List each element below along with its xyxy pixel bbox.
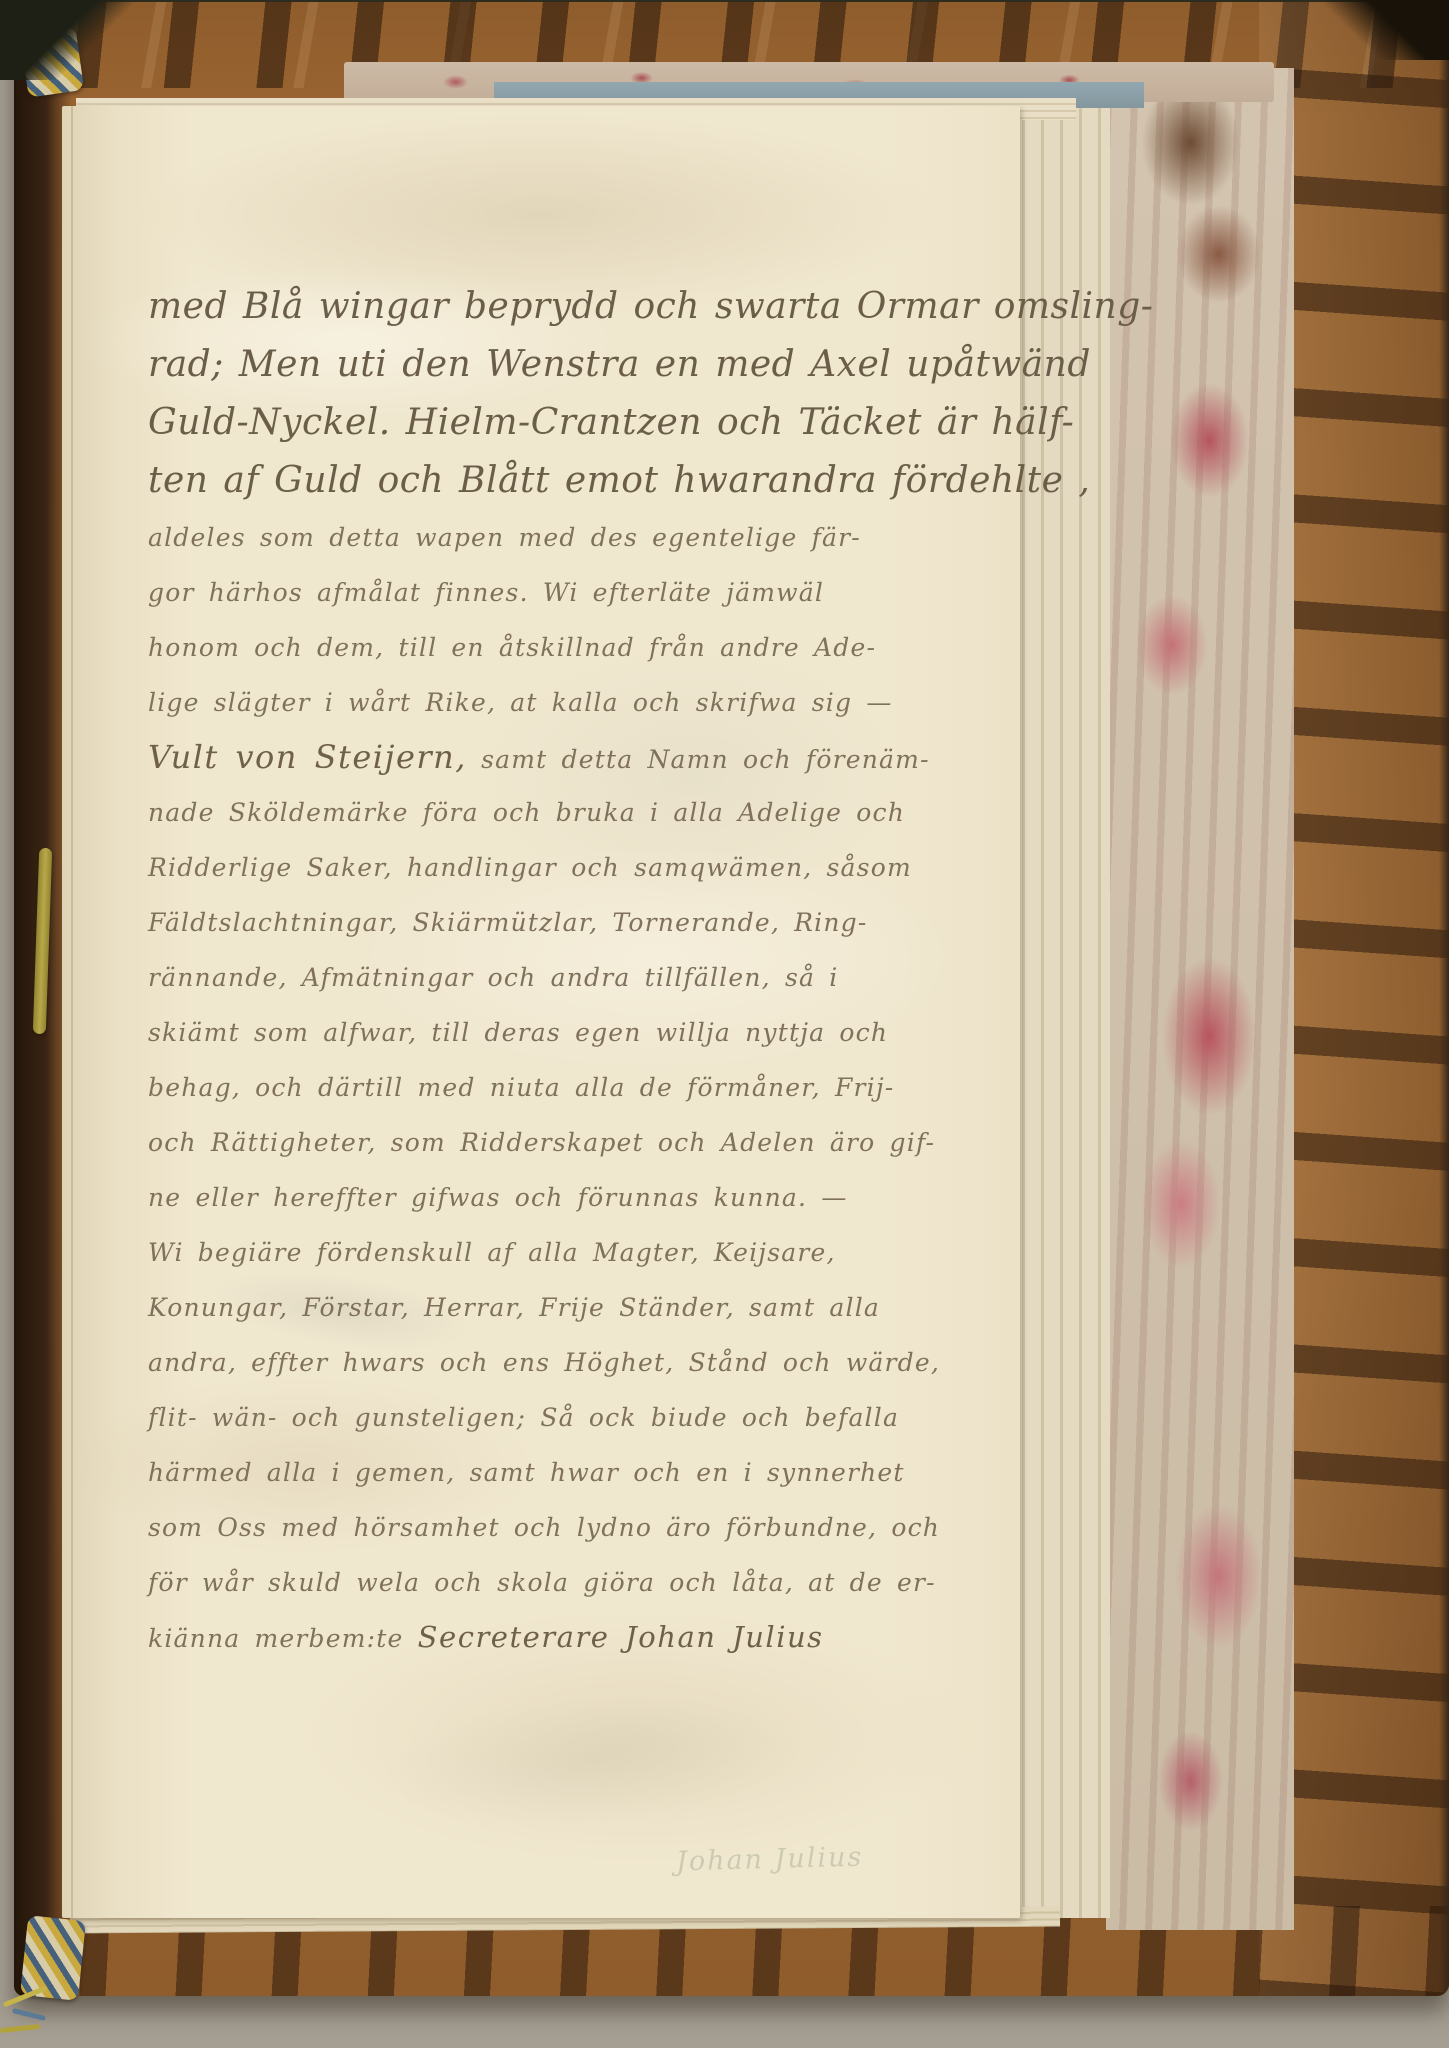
manuscript-line: för wår skuld wela och skola giöra och l… bbox=[148, 1555, 1028, 1610]
line-text: kiänna merbem:te bbox=[148, 1624, 418, 1653]
line-text: Ridderlige Saker, handlingar och samqwäm… bbox=[148, 853, 912, 882]
line-text: Konungar, Förstar, Herrar, Frije Ständer… bbox=[148, 1293, 880, 1322]
manuscript-line: Ridderlige Saker, handlingar och samqwäm… bbox=[148, 840, 1028, 895]
line-text: med Blå wingar beprydd och swarta Ormar … bbox=[148, 286, 1153, 327]
manuscript-line: Fäldtslachtningar, Skiärmützlar, Tornera… bbox=[148, 895, 1028, 950]
family-name-text: Vult von Steijern, bbox=[148, 738, 467, 776]
marbled-endpaper-right bbox=[1106, 68, 1294, 1930]
line-text: Wi begiäre fördenskull af alla Magter, K… bbox=[148, 1238, 836, 1267]
loose-thread-yellow bbox=[0, 2024, 40, 2033]
line-text: honom och dem, till en åtskillnad från a… bbox=[148, 633, 876, 662]
line-text: som Oss med hörsamhet och lydno äro förb… bbox=[148, 1513, 940, 1542]
manuscript-line: Guld-Nyckel. Hielm-Crantzen och Täcket ä… bbox=[148, 394, 1028, 452]
line-text: ne eller hereffter gifwas och förunnas k… bbox=[148, 1183, 848, 1212]
endband-cord-bottom bbox=[20, 1915, 86, 2001]
manuscript-line-family-name: Vult von Steijern, samt detta Namn och f… bbox=[148, 730, 1028, 785]
line-text: härmed alla i gemen, samt hwar och en i … bbox=[148, 1458, 905, 1487]
manuscript-line: andra, effter hwars och ens Höghet, Stån… bbox=[148, 1335, 1028, 1390]
manuscript-line: skiämt som alfwar, till deras egen willj… bbox=[148, 1005, 1028, 1060]
photo-backdrop-corner bbox=[0, 0, 150, 80]
line-text: flit- wän- och gunsteligen; Så ock biude… bbox=[148, 1403, 899, 1432]
manuscript-line: honom och dem, till en åtskillnad från a… bbox=[148, 620, 1028, 675]
line-text: skiämt som alfwar, till deras egen willj… bbox=[148, 1018, 888, 1047]
line-text: nade Sköldemärke föra och bruka i alla A… bbox=[148, 798, 905, 827]
line-text: aldeles som detta wapen med des egenteli… bbox=[148, 523, 861, 552]
bleedthrough-text: Johan Julius bbox=[676, 1842, 864, 1878]
manuscript-line: härmed alla i gemen, samt hwar och en i … bbox=[148, 1445, 1028, 1500]
line-text: rännande, Afmätningar och andra tillfäll… bbox=[148, 963, 838, 992]
manuscript-page: med Blå wingar beprydd och swarta Ormar … bbox=[62, 106, 1020, 1918]
line-text: rad; Men uti den Wenstra en med Axel upå… bbox=[148, 344, 1091, 385]
line-text: och Rättigheter, som Ridderskapet och Ad… bbox=[148, 1128, 935, 1157]
manuscript-line: med Blå wingar beprydd och swarta Ormar … bbox=[148, 278, 1028, 336]
manuscript-line: rad; Men uti den Wenstra en med Axel upå… bbox=[148, 336, 1028, 394]
loose-thread-blue bbox=[12, 2008, 46, 2021]
secretary-name-text: Secreterare Johan Julius bbox=[418, 1620, 824, 1654]
photo-backdrop-corner bbox=[1309, 0, 1449, 60]
bleedthrough-smudge bbox=[378, 1682, 806, 1841]
manuscript-line: Konungar, Förstar, Herrar, Frije Ständer… bbox=[148, 1280, 1028, 1335]
line-text: Guld-Nyckel. Hielm-Crantzen och Täcket ä… bbox=[148, 402, 1074, 443]
line-text: andra, effter hwars och ens Höghet, Stån… bbox=[148, 1348, 940, 1377]
line-text: gor härhos afmålat finnes. Wi efterläte … bbox=[148, 578, 824, 607]
handwritten-text-block: med Blå wingar beprydd och swarta Ormar … bbox=[148, 278, 1028, 1665]
manuscript-line: som Oss med hörsamhet och lydno äro förb… bbox=[148, 1500, 1028, 1555]
line-text: Fäldtslachtningar, Skiärmützlar, Tornera… bbox=[148, 908, 867, 937]
line-text: samt detta Namn och förenäm- bbox=[467, 745, 930, 774]
line-text: lige slägter i wårt Rike, at kalla och s… bbox=[148, 688, 893, 717]
manuscript-line: lige slägter i wårt Rike, at kalla och s… bbox=[148, 675, 1028, 730]
manuscript-line: och Rättigheter, som Ridderskapet och Ad… bbox=[148, 1115, 1028, 1170]
line-text: för wår skuld wela och skola giöra och l… bbox=[148, 1568, 936, 1597]
line-text: ten af Guld och Blått emot hwarandra för… bbox=[148, 460, 1090, 501]
line-text: behag, och därtill med niuta alla de för… bbox=[148, 1073, 894, 1102]
manuscript-line: Wi begiäre fördenskull af alla Magter, K… bbox=[148, 1225, 1028, 1280]
manuscript-line: rännande, Afmätningar och andra tillfäll… bbox=[148, 950, 1028, 1005]
manuscript-line-secretary-name: kiänna merbem:te Secreterare Johan Juliu… bbox=[148, 1610, 1028, 1665]
manuscript-line: flit- wän- och gunsteligen; Så ock biude… bbox=[148, 1390, 1028, 1445]
manuscript-line: aldeles som detta wapen med des egenteli… bbox=[148, 510, 1028, 565]
manuscript-line: behag, och därtill med niuta alla de för… bbox=[148, 1060, 1028, 1115]
manuscript-line: ne eller hereffter gifwas och förunnas k… bbox=[148, 1170, 1028, 1225]
photo-of-bound-manuscript: med Blå wingar beprydd och swarta Ormar … bbox=[0, 0, 1449, 2048]
manuscript-line: gor härhos afmålat finnes. Wi efterläte … bbox=[148, 565, 1028, 620]
book-binding: med Blå wingar beprydd och swarta Ormar … bbox=[14, 2, 1449, 1996]
book-right-edge bbox=[1439, 2, 1449, 1996]
manuscript-line: nade Sköldemärke föra och bruka i alla A… bbox=[148, 785, 1028, 840]
manuscript-line: ten af Guld och Blått emot hwarandra för… bbox=[148, 452, 1028, 510]
